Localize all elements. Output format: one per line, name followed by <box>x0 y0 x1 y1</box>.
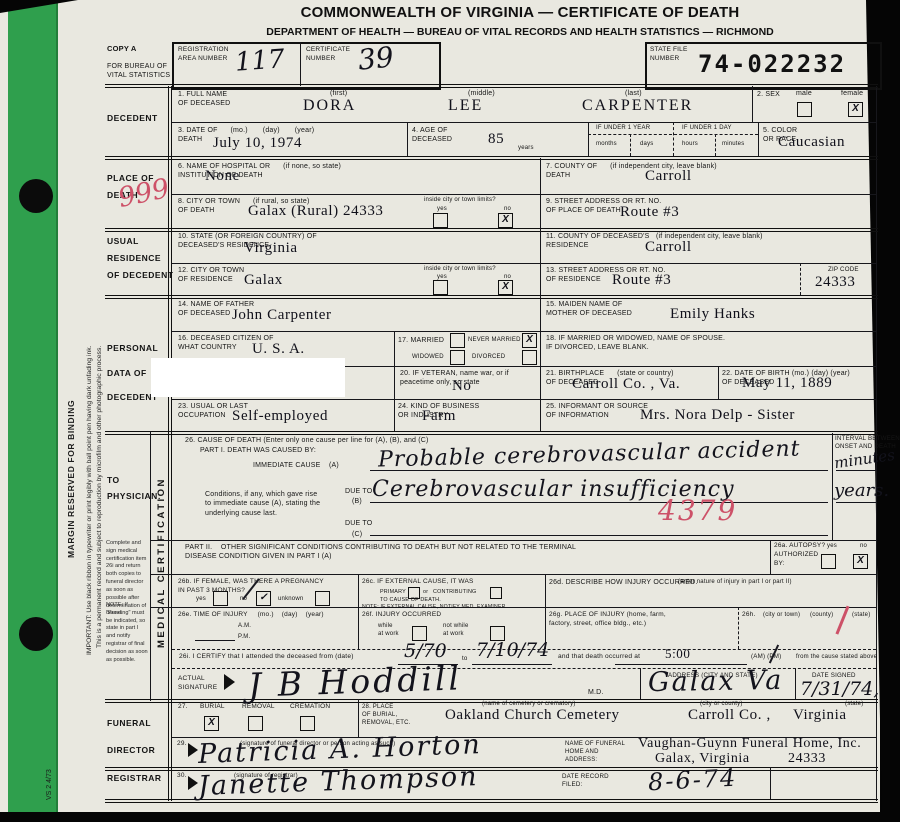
removal-label: REMOVAL <box>242 703 275 712</box>
grid-line <box>358 699 359 737</box>
burial-county-value: Carroll Co. , <box>688 707 771 724</box>
field-2-label: 2. SEX <box>757 90 780 99</box>
md-label: M.D. <box>588 688 604 697</box>
certify-mid: and that death occurred at <box>558 653 640 662</box>
burial-label: BURIAL <box>200 703 225 712</box>
copy-sublabel: FOR BUREAU OF VITAL STATISTICS <box>107 62 170 81</box>
sex-male-label: male <box>796 89 812 98</box>
field-17-widowed-label: WIDOWED <box>412 353 444 361</box>
field-26h-label: 26h. <box>742 611 755 620</box>
certify-to-word: to <box>462 655 468 663</box>
state-file-number: 74-022232 <box>698 50 846 78</box>
certify-tail: from the cause stated above <box>796 653 877 661</box>
field-26c-label: 26c. IF EXTERNAL CAUSE, IT WAS <box>362 578 474 587</box>
autopsy-yes-label: yes <box>827 542 837 550</box>
actual-signature-label: ACTUAL SIGNATURE <box>178 675 217 693</box>
binding-strip <box>8 0 58 812</box>
punch-hole <box>19 179 53 213</box>
field-26g-label: 26g. PLACE OF INJURY (home, farm, factor… <box>549 611 666 629</box>
under-1-year-header: IF UNDER 1 YEAR <box>596 124 650 132</box>
grid-line <box>545 574 546 649</box>
interval-line-b <box>836 502 876 503</box>
grid-line <box>630 134 631 156</box>
field-15-label: 15. MAIDEN NAME OF MOTHER OF DECEASED <box>546 300 632 319</box>
checkbox-removal <box>248 716 263 731</box>
grid-line <box>407 122 408 156</box>
field-6-label: 6. NAME OF HOSPITAL OR (if none, so stat… <box>178 162 341 181</box>
grid-line <box>172 263 876 264</box>
scan-edge-right <box>880 0 900 822</box>
signature-arrow-icon <box>188 743 198 757</box>
immediate-cause-label: IMMEDIATE CAUSE (A) <box>253 461 339 470</box>
grid-line <box>195 640 235 641</box>
name-first-value: DORA <box>303 97 356 115</box>
physician-address-handwriting: Galax Va <box>648 665 784 698</box>
grid-line <box>172 399 876 400</box>
certify-ampm: (AM) (PM) <box>751 653 781 661</box>
grid-line <box>172 122 876 123</box>
checkbox-pregnancy-unknown <box>315 591 330 606</box>
checkbox-divorced <box>522 350 537 365</box>
pregnancy-unknown-label: unknown <box>278 595 303 603</box>
margin-binding-label: MARGIN RESERVED FOR BINDING <box>66 400 76 558</box>
checkbox-mark: X <box>208 717 215 728</box>
field-17-never-married-label: NEVER MARRIED <box>468 336 521 344</box>
section-label-registrar: REGISTRAR <box>107 770 162 787</box>
due-to-b-label: DUE TO <box>345 487 372 496</box>
physician-note-2: NOTE: If "Pending" must be indicated, so… <box>106 602 148 665</box>
certificate-number-value: 39 <box>356 40 395 77</box>
age-unit-label: years <box>518 144 534 152</box>
occupation-value: Self-employed <box>232 408 328 425</box>
field-27-number: 27. <box>178 703 188 712</box>
date-of-birth-value: May 11, 1889 <box>742 375 832 392</box>
hospital-value: None <box>205 168 240 185</box>
field-26e-label: 26e. TIME OF INJURY (mo.) (day) (year) <box>178 611 324 620</box>
section-label-physician: TO PHYSICIAN: <box>107 472 161 504</box>
under-1-day-minutes: minutes <box>722 140 744 148</box>
checkbox-death-limits-no: X <box>498 213 513 228</box>
burial-state-value: Virginia <box>793 707 847 724</box>
grid-line <box>394 331 395 431</box>
grid-line <box>673 122 674 156</box>
checkbox-mark: X <box>857 555 864 566</box>
grid-line <box>150 431 151 701</box>
divider <box>105 295 878 299</box>
grid-line <box>150 607 876 608</box>
residence-county-value: Carroll <box>645 239 692 256</box>
checkbox-mark: X <box>852 103 859 114</box>
checkbox-never-married: X <box>522 333 537 348</box>
checkbox-pregnancy-yes <box>213 591 228 606</box>
grid-line <box>150 574 876 575</box>
field-30-number: 30. <box>177 772 187 781</box>
grid-line <box>150 540 876 541</box>
residence-address-value: Route #3 <box>612 272 671 289</box>
part2-label: PART II. OTHER SIGNIFICANT CONDITIONS CO… <box>185 543 745 562</box>
scan-edge-bottom <box>0 812 900 822</box>
checkbox-residence-limits-no: X <box>498 280 513 295</box>
grid-line <box>752 86 753 122</box>
line-c-label: (C) <box>352 530 362 539</box>
field-25-label: 25. INFORMANT OR SOURCE OF INFORMATION <box>546 402 648 421</box>
injury-city-hint: (city or town) <box>763 611 800 619</box>
checkbox-residence-limits-yes <box>433 280 448 295</box>
attended-to-handwriting: 7/10/74 <box>476 639 549 661</box>
checkbox-sex-female: X <box>848 102 863 117</box>
checkbox-autopsy-yes <box>821 554 836 569</box>
interval-b-handwriting: years. <box>834 480 889 501</box>
birthplace-value: Carroll Co. , Va. <box>572 376 680 393</box>
informant-value: Mrs. Nora Delp - Sister <box>640 407 795 424</box>
checkbox-widowed <box>450 350 465 365</box>
checkbox-mark: X <box>502 281 509 292</box>
death-address-value: Route #3 <box>620 204 679 221</box>
certificate-subtitle: DEPARTMENT OF HEALTH — BUREAU OF VITAL R… <box>220 26 820 38</box>
field-26f-label: 26f. INJURY OCCURRED <box>362 611 441 620</box>
funeral-home-label: NAME OF FUNERAL HOME AND ADDRESS: <box>565 740 625 764</box>
cause-line-b <box>370 502 828 503</box>
grid-line <box>358 574 359 649</box>
age-value: 85 <box>488 131 504 148</box>
father-name-value: John Carpenter <box>232 307 332 324</box>
under-1-day-header: IF UNDER 1 DAY <box>682 124 732 132</box>
injury-state-hint: (state) <box>852 611 870 619</box>
death-limits-question: inside city or town limits? <box>424 196 496 204</box>
grid-line <box>758 122 759 156</box>
under-1-day-hours: hours <box>682 140 698 148</box>
checkbox-sex-male <box>797 102 812 117</box>
grid-line <box>472 664 552 665</box>
checkbox-pregnancy-no: ✓ <box>256 591 271 606</box>
checkbox-death-limits-yes <box>433 213 448 228</box>
margin-important-line1: IMPORTANT: Use black ribbon in typewrite… <box>86 345 93 655</box>
veteran-value: No <box>452 378 472 395</box>
checkbox-injury-while-at-work <box>412 626 427 641</box>
grid-line <box>718 366 719 399</box>
line-b-label: (B) <box>352 497 362 506</box>
time-of-injury-am: A.M. <box>238 622 251 630</box>
field-12-label: 12. CITY OR TOWN OF RESIDENCE <box>178 266 244 285</box>
citizenship-value: U. S. A. <box>252 341 305 358</box>
grid-line <box>588 134 758 135</box>
scan-corner-artifact <box>0 0 78 13</box>
checkbox-married <box>450 333 465 348</box>
date-filed-label: DATE RECORD FILED: <box>562 773 609 790</box>
certify-prefix: 26i. I CERTIFY that I attended the decea… <box>179 653 354 662</box>
copy-label: COPY A <box>107 44 137 54</box>
pregnancy-yes-label: yes <box>196 595 206 603</box>
mother-name-value: Emily Hanks <box>670 306 755 323</box>
checkbox-mark: X <box>502 214 509 225</box>
funeral-home-name: Vaughan-Guynn Funeral Home, Inc. <box>638 736 861 752</box>
residence-limits-question: inside city or town limits? <box>424 265 496 273</box>
field-1-label: 1. FULL NAME OF DECEASED <box>178 90 230 109</box>
time-of-death-value: 5:00 <box>665 646 691 662</box>
time-of-injury-pm: P.M. <box>238 633 250 641</box>
under-1-year-days: days <box>640 140 653 148</box>
death-limits-yes-label: yes <box>437 205 447 213</box>
date-of-death-value: July 10, 1974 <box>213 135 302 152</box>
grid-line <box>800 263 801 295</box>
physician-signature: J B Hoddill <box>247 658 462 704</box>
grid-line <box>715 134 716 156</box>
city-of-death-value: Galax (Rural) 24333 <box>248 203 384 220</box>
field-26a-label: 26a. AUTOPSY? AUTHORIZED BY: <box>774 542 825 568</box>
state-file-label: STATE FILE NUMBER <box>650 46 688 64</box>
form-code: VS 2 4/73 <box>46 769 53 800</box>
external-note: NOTE: IF EXTERNAL CAUSE, NOTIFY MED. EXA… <box>362 604 506 611</box>
section-label-decedent: DECEDENT <box>107 110 158 127</box>
burial-state-hint: (state) <box>845 700 863 708</box>
injury-while-label: while at work <box>378 622 399 638</box>
registration-area-label: REGISTRATION AREA NUMBER <box>178 46 229 64</box>
under-1-year-months: months <box>596 140 617 148</box>
section-label-residence: USUAL RESIDENCE OF DECEDENT <box>107 233 173 284</box>
certificate-title: COMMONWEALTH OF VIRGINIA — CERTIFICATE O… <box>220 4 820 21</box>
checkbox-burial: X <box>204 716 219 731</box>
residence-state-value: Virginia <box>244 240 298 257</box>
autopsy-no-label: no <box>860 542 867 550</box>
external-primary-label: PRIMARY <box>380 589 406 596</box>
divider <box>105 431 878 435</box>
part1-label: PART I. DEATH WAS CAUSED BY: <box>200 446 316 455</box>
field-26d-hint: (enter nature of injury in part I or par… <box>678 578 792 586</box>
grid-line <box>795 668 796 699</box>
checkbox-mark: X <box>526 334 533 345</box>
conditions-note: Conditions, if any, which gave rise to i… <box>205 490 320 518</box>
field-26d-label: 26d. DESCRIBE HOW INJURY OCCURRED. <box>549 578 698 587</box>
grid-line <box>770 767 771 799</box>
signature-arrow-icon <box>224 674 235 690</box>
date-signed-handwriting: 7/31/74, <box>800 678 879 700</box>
punch-hole <box>19 617 53 651</box>
funeral-home-zip: 24333 <box>788 751 826 767</box>
certificate-number-label: CERTIFICATE NUMBER <box>306 46 350 64</box>
injury-not-while-label: not while at work <box>443 622 468 638</box>
death-certificate-scan: MARGIN RESERVED FOR BINDING IMPORTANT: U… <box>0 0 900 822</box>
name-last-value: CARPENTER <box>582 97 693 115</box>
due-to-c-label: DUE TO <box>345 519 372 528</box>
external-or-label: or <box>423 589 428 596</box>
sex-female-label: female <box>841 89 863 98</box>
grid-line <box>640 668 641 699</box>
field-4-label: 4. AGE OF DECEASED <box>412 126 452 145</box>
race-value: Caucasian <box>778 134 845 151</box>
redaction-box <box>151 358 345 397</box>
checkbox-mark: ✓ <box>259 592 267 603</box>
injury-county-hint: (county) <box>810 611 833 619</box>
field-26-label: 26. CAUSE OF DEATH (Enter only one cause… <box>185 436 429 445</box>
grid-line <box>738 607 739 649</box>
grid-line <box>540 158 541 431</box>
external-contributing-label: CONTRIBUTING <box>433 589 476 596</box>
checkbox-cremation <box>300 716 315 731</box>
field-17-divorced-label: DIVORCED <box>472 353 505 361</box>
checkbox-external-contributing <box>490 587 502 599</box>
grid-line <box>770 540 771 574</box>
zip-value: 24333 <box>815 274 856 291</box>
cremation-label: CREMATION <box>290 703 330 712</box>
field-18-label: 18. IF MARRIED OR WIDOWED, NAME OF SPOUS… <box>546 334 725 353</box>
death-limits-no-label: no <box>504 205 511 213</box>
name-middle-value: LEE <box>448 97 483 115</box>
checkbox-autopsy-no: X <box>853 554 868 569</box>
county-of-death-value: Carroll <box>645 168 692 185</box>
date-filed-handwriting: 8-6-74 <box>647 764 738 797</box>
grid-line <box>172 194 876 195</box>
margin-important-line2: This is a permanent record and subject t… <box>96 346 103 648</box>
divider <box>105 84 878 88</box>
cemetery-value: Oakland Church Cemetery <box>445 707 620 724</box>
grid-line <box>300 42 301 86</box>
grid-line <box>588 122 589 156</box>
field-29-number: 29. <box>177 740 187 749</box>
cause-line-c <box>370 535 828 536</box>
field-28-label: 28. PLACE OF BURIAL, REMOVAL, ETC. <box>362 703 411 727</box>
field-17-married-label: 17. MARRIED <box>398 336 444 345</box>
signature-arrow-icon <box>188 776 198 790</box>
registration-area-value: 117 <box>234 44 286 77</box>
divider <box>105 156 878 160</box>
section-label-funeral: FUNERAL DIRECTOR <box>107 710 155 764</box>
cause-code-handwriting: 4379 <box>658 494 737 527</box>
medical-certification-label: MEDICAL CERTIFICATION <box>156 477 167 648</box>
business-value: Farm <box>422 408 456 425</box>
residence-city-value: Galax <box>244 272 283 289</box>
